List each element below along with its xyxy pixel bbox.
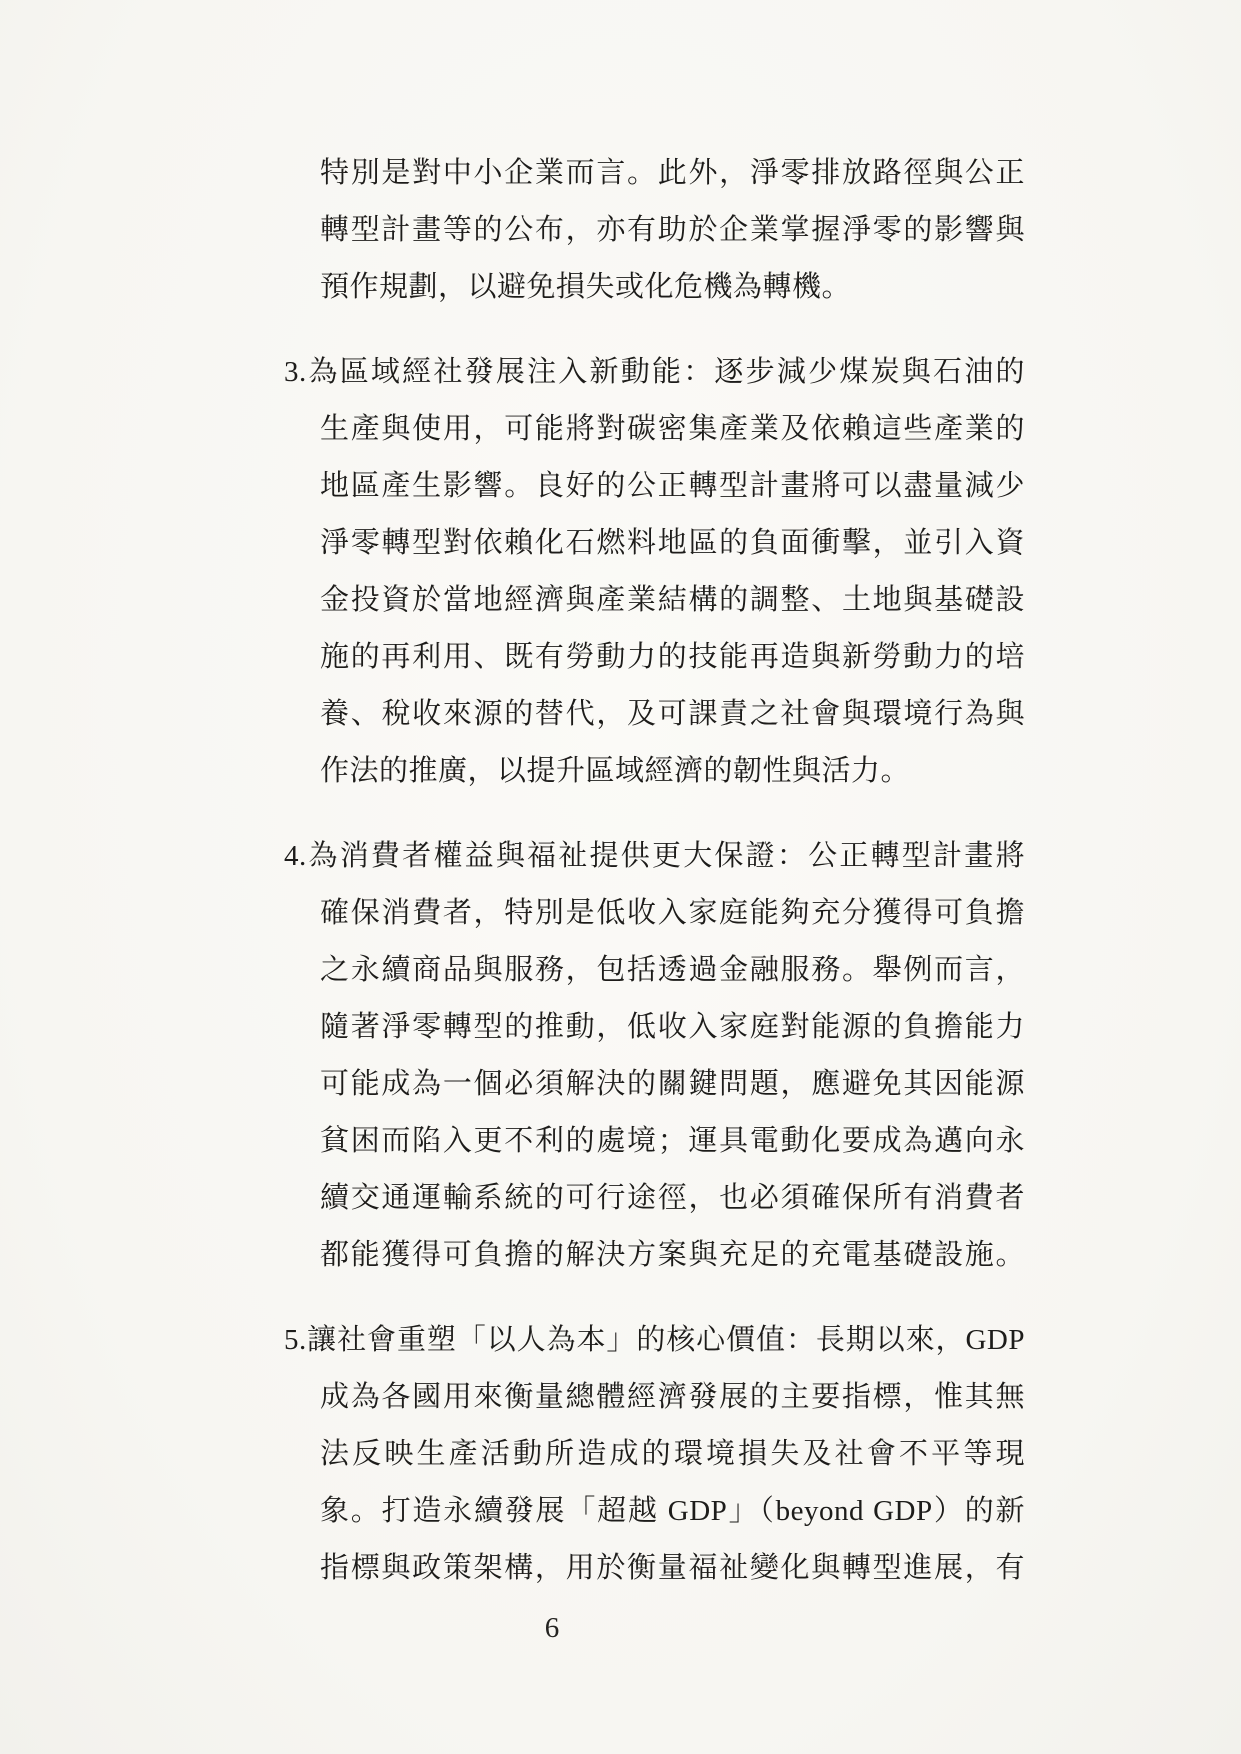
text-line: 施的再利用、既有勞動力的技能再造與新勞動力的培 (320, 629, 1025, 686)
text-line: 之永續商品與服務，包括透過金融服務。舉例而言， (320, 942, 1025, 999)
text-line: 特別是對中小企業而言。此外，淨零排放路徑與公正 (320, 145, 1025, 202)
text-line: 象。打造永續發展「超越 GDP」（beyond GDP）的新 (320, 1483, 1025, 1540)
text-line: 成為各國用來衡量總體經濟發展的主要指標，惟其無 (320, 1369, 1025, 1426)
text-line: 5.讓社會重塑「以人為本」的核心價值：長期以來，GDP (320, 1312, 1025, 1369)
document-body: 特別是對中小企業而言。此外，淨零排放路徑與公正轉型計畫等的公布，亦有助於企業掌握… (320, 145, 1025, 1625)
paragraph-item-2-continuation: 特別是對中小企業而言。此外，淨零排放路徑與公正轉型計畫等的公布，亦有助於企業掌握… (320, 145, 1025, 316)
text-line: 可能成為一個必須解決的關鍵問題，應避免其因能源 (320, 1056, 1025, 1113)
text-line: 地區產生影響。良好的公正轉型計畫將可以盡量減少 (320, 458, 1025, 515)
text-line: 4.為消費者權益與福祉提供更大保證：公正轉型計畫將 (320, 828, 1025, 885)
text-line: 淨零轉型對依賴化石燃料地區的負面衝擊，並引入資 (320, 515, 1025, 572)
paragraph-item-3: 3.為區域經社發展注入新動能：逐步減少煤炭與石油的生產與使用，可能將對碳密集產業… (320, 344, 1025, 800)
text-line: 轉型計畫等的公布，亦有助於企業掌握淨零的影響與 (320, 202, 1025, 259)
text-line: 金投資於當地經濟與產業結構的調整、土地與基礎設 (320, 572, 1025, 629)
text-line: 養、稅收來源的替代，及可課責之社會與環境行為與 (320, 686, 1025, 743)
page-number: 6 (0, 1612, 1104, 1645)
text-line: 續交通運輸系統的可行途徑，也必須確保所有消費者 (320, 1170, 1025, 1227)
text-line: 作法的推廣，以提升區域經濟的韌性與活力。 (320, 743, 1025, 800)
text-line: 3.為區域經社發展注入新動能：逐步減少煤炭與石油的 (320, 344, 1025, 401)
text-line: 都能獲得可負擔的解決方案與充足的充電基礎設施。 (320, 1227, 1025, 1284)
text-line: 隨著淨零轉型的推動，低收入家庭對能源的負擔能力 (320, 999, 1025, 1056)
text-line: 生產與使用，可能將對碳密集產業及依賴這些產業的 (320, 401, 1025, 458)
text-line: 確保消費者，特別是低收入家庭能夠充分獲得可負擔 (320, 885, 1025, 942)
text-line: 指標與政策架構，用於衡量福祉變化與轉型進展，有 (320, 1540, 1025, 1597)
paragraph-item-4: 4.為消費者權益與福祉提供更大保證：公正轉型計畫將確保消費者，特別是低收入家庭能… (320, 828, 1025, 1284)
text-line: 法反映生產活動所造成的環境損失及社會不平等現 (320, 1426, 1025, 1483)
text-line: 貧困而陷入更不利的處境；運具電動化要成為邁向永 (320, 1113, 1025, 1170)
paragraph-item-5: 5.讓社會重塑「以人為本」的核心價值：長期以來，GDP成為各國用來衡量總體經濟發… (320, 1312, 1025, 1597)
document-page: { "page": { "number": "6", "language": "… (0, 0, 1241, 1754)
text-line: 預作規劃，以避免損失或化危機為轉機。 (320, 259, 1025, 316)
